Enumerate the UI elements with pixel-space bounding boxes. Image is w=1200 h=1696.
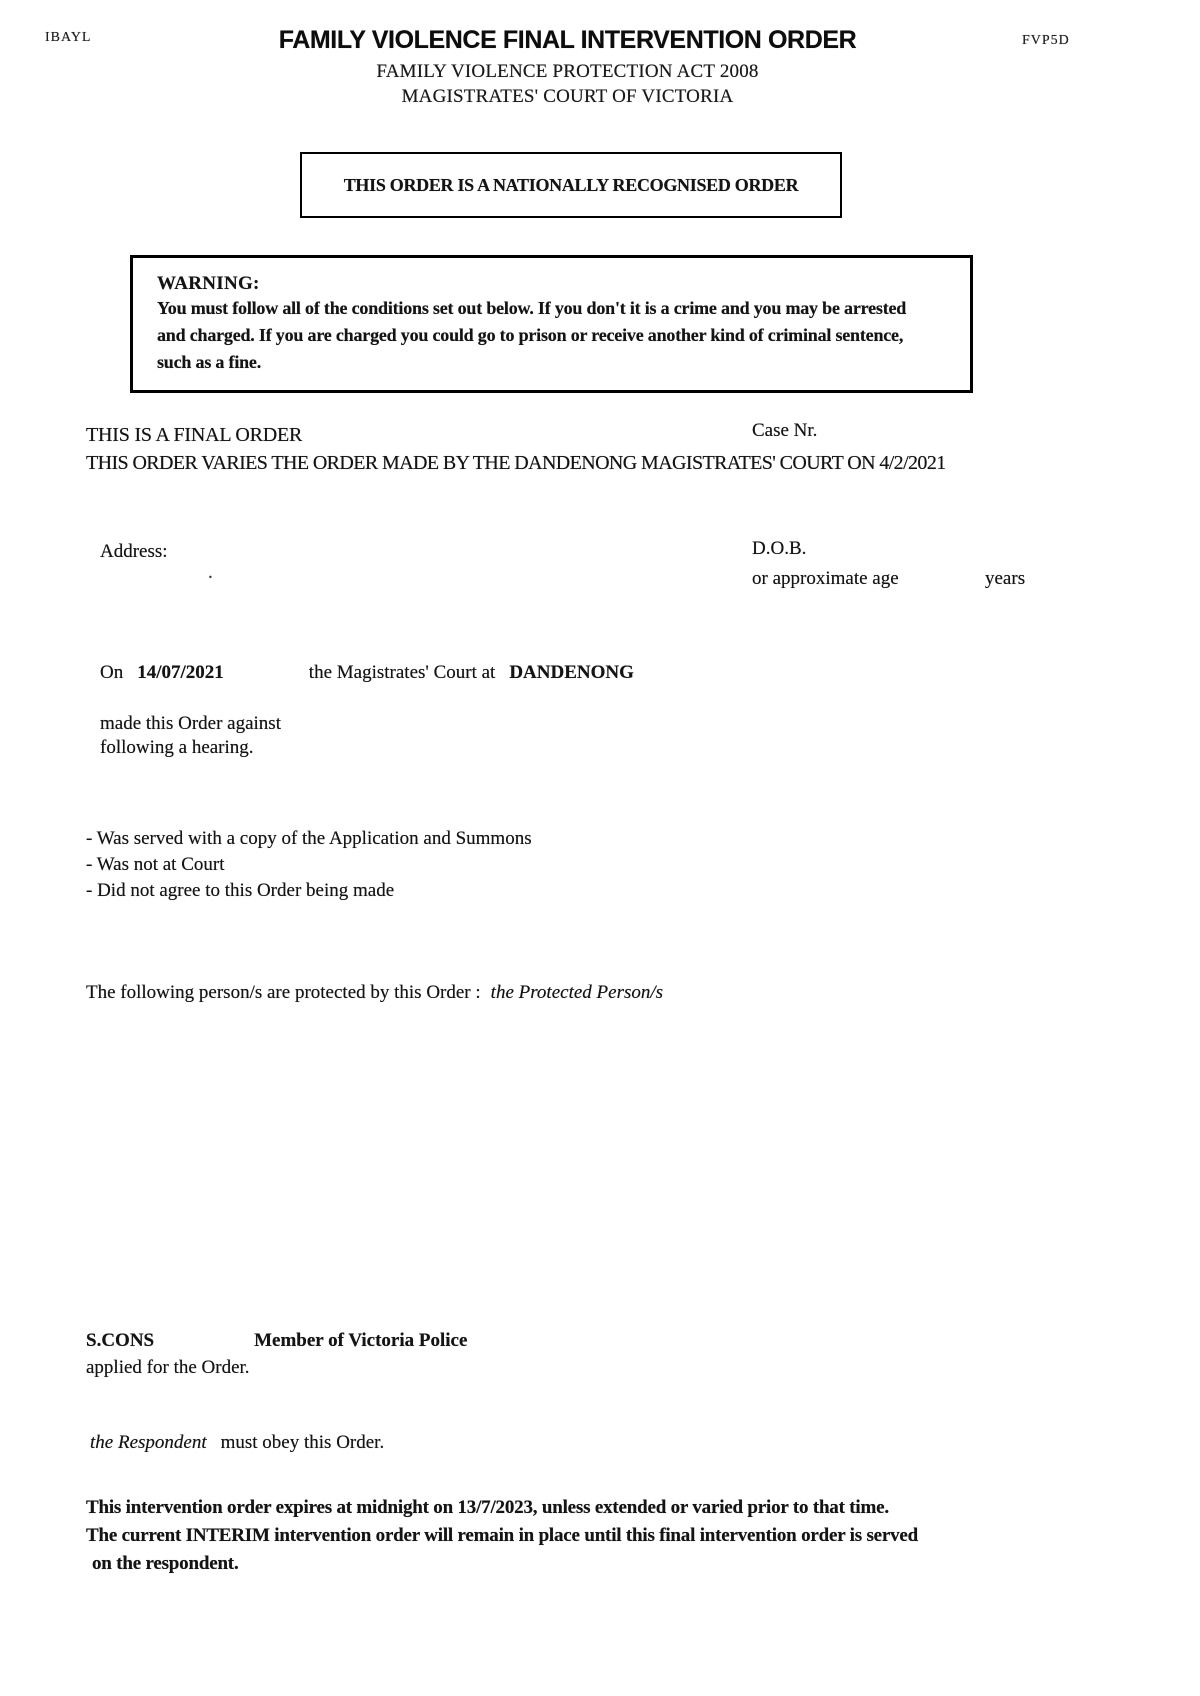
warning-heading: WARNING: — [157, 273, 946, 295]
document-title: FAMILY VIOLENCE FINAL INTERVENTION ORDER — [0, 26, 1135, 55]
warning-line-1: You must follow all of the conditions se… — [157, 295, 946, 322]
document-header: FAMILY VIOLENCE FINAL INTERVENTION ORDER… — [0, 26, 1135, 108]
expiry-paragraph: This intervention order expires at midni… — [86, 1494, 918, 1578]
hearing-court-label: the Magistrates' Court at — [309, 662, 496, 683]
varies-order-line: THIS ORDER VARIES THE ORDER MADE BY THE … — [86, 452, 946, 475]
applicant-row: S.CONSMember of Victoria Police — [86, 1330, 467, 1352]
order-made-block: made this Order against following a hear… — [100, 712, 281, 760]
hearing-on-label: On — [100, 662, 123, 683]
warning-box: WARNING: You must follow all of the cond… — [130, 255, 973, 393]
expiry-line-1: This intervention order expires at midni… — [86, 1494, 918, 1522]
protected-persons-prefix: The following person/s are protected by … — [86, 982, 481, 1003]
applicant-role: Member of Victoria Police — [254, 1330, 467, 1351]
finding-item-served: - Was served with a copy of the Applicat… — [86, 826, 532, 852]
final-order-line: THIS IS A FINAL ORDER — [86, 424, 302, 447]
protected-persons-line: The following person/s are protected by … — [86, 982, 663, 1004]
warning-line-3: such as a fine. — [157, 349, 946, 376]
protected-persons-reference: the Protected Person/s — [491, 982, 663, 1003]
respondent-findings-list: - Was served with a copy of the Applicat… — [86, 826, 532, 904]
finding-item-not-at-court: - Was not at Court — [86, 852, 532, 878]
approximate-age-label: or approximate age — [752, 568, 899, 590]
applicant-name: S.CONS — [86, 1330, 154, 1351]
applicant-applied-line: applied for the Order. — [86, 1357, 250, 1379]
obey-order-text: must obey this Order. — [221, 1432, 385, 1453]
recognised-order-banner-text: THIS ORDER IS A NATIONALLY RECOGNISED OR… — [344, 175, 799, 196]
document-subtitle-court: MAGISTRATES' COURT OF VICTORIA — [0, 86, 1135, 108]
expiry-line-2: The current INTERIM intervention order w… — [86, 1522, 918, 1550]
document-page: IBAYL FVP5D FAMILY VIOLENCE FINAL INTERV… — [0, 0, 1200, 1696]
address-label: Address: — [100, 541, 168, 563]
respondent-reference: the Respondent — [90, 1432, 207, 1453]
warning-line-2: and charged. If you are charged you coul… — [157, 322, 946, 349]
document-subtitle-act: FAMILY VIOLENCE PROTECTION ACT 2008 — [0, 61, 1135, 83]
expiry-line-3: on the respondent. — [92, 1550, 918, 1578]
order-made-line-1: made this Order against — [100, 712, 281, 736]
age-units-label: years — [985, 568, 1025, 590]
hearing-row: On14/07/2021the Magistrates' Court atDAN… — [100, 662, 634, 684]
hearing-date: 14/07/2021 — [137, 662, 224, 683]
recognised-order-banner: THIS ORDER IS A NATIONALLY RECOGNISED OR… — [300, 152, 842, 218]
order-made-line-2: following a hearing. — [100, 736, 281, 760]
hearing-court-name: DANDENONG — [509, 662, 634, 683]
case-number-label: Case Nr. — [752, 420, 817, 442]
obey-order-line: the Respondentmust obey this Order. — [90, 1432, 384, 1454]
address-stray-mark: . — [208, 562, 213, 584]
dob-label: D.O.B. — [752, 538, 806, 560]
finding-item-did-not-agree: - Did not agree to this Order being made — [86, 878, 532, 904]
